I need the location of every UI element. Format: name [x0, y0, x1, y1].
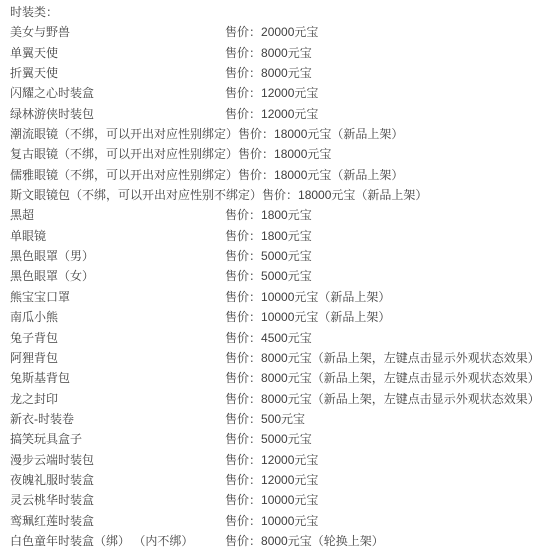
price-label: 售价：: [225, 412, 261, 426]
item-price: 售价：1800元宝: [225, 205, 312, 225]
item-price: 售价：12000元宝: [225, 450, 318, 470]
price-note: （新品上架）: [318, 310, 390, 324]
item-name: 搞笑玩具盒子: [10, 429, 225, 449]
item-row: 南瓜小熊 售价：10000元宝（新品上架）: [10, 307, 540, 327]
item-price: 售价：20000元宝: [225, 22, 318, 42]
price-note: （新品上架，左键点击显示外观状态效果）: [312, 392, 540, 406]
price-note: （新品上架，左键点击显示外观状态效果）: [312, 371, 540, 385]
item-row: 兔子背包 售价：4500元宝: [10, 328, 540, 348]
item-row: 兔斯基背包 售价：8000元宝（新品上架，左键点击显示外观状态效果）: [10, 368, 540, 388]
price-note: （新品上架）: [318, 290, 390, 304]
category-header: 时装类：: [10, 2, 540, 22]
price-label: 售价：: [225, 371, 261, 385]
item-name: 闪耀之心时装盒: [10, 83, 225, 103]
item-name: 夜魄礼服时装盒: [10, 470, 225, 490]
price-value: 18000元宝: [274, 168, 331, 182]
item-name: 兔斯基背包: [10, 368, 225, 388]
item-row: 单眼镜 售价：1800元宝: [10, 226, 540, 246]
price-note: （新品上架）: [331, 168, 403, 182]
item-row: 漫步云端时装包 售价：12000元宝: [10, 450, 540, 470]
price-value: 1800元宝: [261, 229, 312, 243]
price-value: 10000元宝: [261, 514, 318, 528]
price-label: 售价：: [225, 534, 261, 548]
item-name: 鸾珮红莲时装盒: [10, 511, 225, 531]
price-value: 10000元宝: [261, 290, 318, 304]
item-name: 龙之封印: [10, 389, 225, 409]
price-label: 售价：: [225, 269, 261, 283]
price-label: 售价：: [225, 46, 261, 60]
item-price: 售价：500元宝: [225, 409, 305, 429]
item-row: 黑色眼罩（男） 售价：5000元宝: [10, 246, 540, 266]
price-value: 5000元宝: [261, 432, 312, 446]
price-value: 12000元宝: [261, 453, 318, 467]
price-label: 售价：: [225, 25, 261, 39]
item-row: 美女与野兽 售价：20000元宝: [10, 22, 540, 42]
price-value: 18000元宝: [274, 147, 331, 161]
item-price: 售价：8000元宝（新品上架，左键点击显示外观状态效果）: [225, 368, 540, 388]
item-price: 售价：10000元宝（新品上架）: [225, 307, 390, 327]
item-name: 黑超: [10, 205, 225, 225]
item-price: 售价：8000元宝（新品上架，左键点击显示外观状态效果）: [225, 389, 540, 409]
item-row: 闪耀之心时装盒 售价：12000元宝: [10, 83, 540, 103]
item-row: 搞笑玩具盒子 售价：5000元宝: [10, 429, 540, 449]
item-price: 售价：1800元宝: [225, 226, 312, 246]
price-value: 8000元宝: [261, 371, 312, 385]
price-label: 售价：: [262, 188, 298, 202]
price-note: （新品上架，左键点击显示外观状态效果）: [312, 351, 540, 365]
price-label: 售价：: [225, 453, 261, 467]
fashion-price-list: 时装类： 美女与野兽 售价：20000元宝 单翼天使 售价：8000元宝 折翼天…: [0, 0, 540, 551]
item-name: 单翼天使: [10, 43, 225, 63]
item-row: 阿狸背包 售价：8000元宝（新品上架，左键点击显示外观状态效果）: [10, 348, 540, 368]
item-name: 儒雅眼镜（不绑，可以开出对应性别绑定）: [10, 165, 238, 185]
price-label: 售价：: [225, 331, 261, 345]
item-row: 斯文眼镜包（不绑，可以开出对应性别不绑定） 售价：18000元宝（新品上架）: [10, 185, 540, 205]
price-value: 12000元宝: [261, 473, 318, 487]
item-price: 售价：10000元宝（新品上架）: [225, 287, 390, 307]
item-name: 灵云桃华时装盒: [10, 490, 225, 510]
item-row: 潮流眼镜（不绑，可以开出对应性别绑定） 售价：18000元宝（新品上架）: [10, 124, 540, 144]
price-label: 售价：: [225, 66, 261, 80]
item-row: 白色童年时装盒（绑） （内不绑） 售价：8000元宝（轮换上架）: [10, 531, 540, 551]
item-price: 售价：10000元宝: [225, 511, 318, 531]
item-price: 售价：12000元宝: [225, 104, 318, 124]
price-value: 8000元宝: [261, 351, 312, 365]
item-price: 售价：12000元宝: [225, 83, 318, 103]
price-label: 售价：: [225, 514, 261, 528]
item-price: 售价：12000元宝: [225, 470, 318, 490]
price-label: 售价：: [238, 168, 274, 182]
item-price: 售价：4500元宝: [225, 328, 312, 348]
price-label: 售价：: [238, 147, 274, 161]
item-price: 售价：18000元宝（新品上架）: [262, 185, 427, 205]
item-row: 复古眼镜（不绑，可以开出对应性别绑定） 售价：18000元宝: [10, 144, 540, 164]
price-label: 售价：: [225, 432, 261, 446]
item-price: 售价：5000元宝: [225, 246, 312, 266]
price-label: 售价：: [225, 86, 261, 100]
item-price: 售价：8000元宝（轮换上架）: [225, 531, 384, 551]
item-name: 绿林游侠时装包: [10, 104, 225, 124]
price-note: （轮换上架）: [312, 534, 384, 548]
item-row: 夜魄礼服时装盒 售价：12000元宝: [10, 470, 540, 490]
item-name: 黑色眼罩（男）: [10, 246, 225, 266]
price-label: 售价：: [225, 310, 261, 324]
price-value: 500元宝: [261, 412, 305, 426]
price-note: （新品上架）: [331, 127, 403, 141]
item-name: 折翼天使: [10, 63, 225, 83]
price-value: 20000元宝: [261, 25, 318, 39]
price-value: 12000元宝: [261, 107, 318, 121]
price-value: 5000元宝: [261, 249, 312, 263]
item-name: 漫步云端时装包: [10, 450, 225, 470]
price-label: 售价：: [238, 127, 274, 141]
item-name: 白色童年时装盒（绑） （内不绑）: [10, 531, 225, 551]
item-price: 售价：18000元宝（新品上架）: [238, 124, 403, 144]
item-price: 售价：10000元宝: [225, 490, 318, 510]
item-row: 黑超 售价：1800元宝: [10, 205, 540, 225]
item-row: 熊宝宝口罩 售价：10000元宝（新品上架）: [10, 287, 540, 307]
item-price: 售价：8000元宝: [225, 43, 312, 63]
item-row: 龙之封印 售价：8000元宝（新品上架，左键点击显示外观状态效果）: [10, 389, 540, 409]
price-value: 8000元宝: [261, 534, 312, 548]
category-title: 时装类：: [10, 5, 58, 19]
item-row: 新衣-时装卷 售价：500元宝: [10, 409, 540, 429]
item-row: 灵云桃华时装盒 售价：10000元宝: [10, 490, 540, 510]
price-label: 售价：: [225, 249, 261, 263]
item-name: 单眼镜: [10, 226, 225, 246]
item-row: 折翼天使 售价：8000元宝: [10, 63, 540, 83]
item-name: 熊宝宝口罩: [10, 287, 225, 307]
price-value: 12000元宝: [261, 86, 318, 100]
item-name: 黑色眼罩（女）: [10, 266, 225, 286]
price-label: 售价：: [225, 493, 261, 507]
item-price: 售价：18000元宝: [238, 144, 331, 164]
item-name: 兔子背包: [10, 328, 225, 348]
price-label: 售价：: [225, 392, 261, 406]
price-value: 10000元宝: [261, 310, 318, 324]
item-name: 美女与野兽: [10, 22, 225, 42]
price-label: 售价：: [225, 351, 261, 365]
item-name: 阿狸背包: [10, 348, 225, 368]
price-value: 1800元宝: [261, 208, 312, 222]
price-note: （新品上架）: [355, 188, 427, 202]
item-price: 售价：8000元宝: [225, 63, 312, 83]
price-value: 18000元宝: [274, 127, 331, 141]
item-price: 售价：8000元宝（新品上架，左键点击显示外观状态效果）: [225, 348, 540, 368]
price-value: 8000元宝: [261, 66, 312, 80]
item-row: 儒雅眼镜（不绑，可以开出对应性别绑定） 售价：18000元宝（新品上架）: [10, 165, 540, 185]
price-value: 5000元宝: [261, 269, 312, 283]
price-value: 18000元宝: [298, 188, 355, 202]
item-name: 复古眼镜（不绑，可以开出对应性别绑定）: [10, 144, 238, 164]
item-name: 新衣-时装卷: [10, 409, 225, 429]
item-price: 售价：5000元宝: [225, 266, 312, 286]
item-name: 南瓜小熊: [10, 307, 225, 327]
item-name: 斯文眼镜包（不绑，可以开出对应性别不绑定）: [10, 185, 262, 205]
price-label: 售价：: [225, 208, 261, 222]
item-row: 鸾珮红莲时装盒 售价：10000元宝: [10, 511, 540, 531]
price-value: 4500元宝: [261, 331, 312, 345]
price-value: 8000元宝: [261, 46, 312, 60]
price-label: 售价：: [225, 229, 261, 243]
price-label: 售价：: [225, 290, 261, 304]
item-price: 售价：18000元宝（新品上架）: [238, 165, 403, 185]
item-name: 潮流眼镜（不绑，可以开出对应性别绑定）: [10, 124, 238, 144]
item-row: 绿林游侠时装包 售价：12000元宝: [10, 104, 540, 124]
price-label: 售价：: [225, 107, 261, 121]
price-value: 8000元宝: [261, 392, 312, 406]
price-label: 售价：: [225, 473, 261, 487]
price-value: 10000元宝: [261, 493, 318, 507]
item-row: 单翼天使 售价：8000元宝: [10, 43, 540, 63]
item-row: 黑色眼罩（女） 售价：5000元宝: [10, 266, 540, 286]
item-price: 售价：5000元宝: [225, 429, 312, 449]
